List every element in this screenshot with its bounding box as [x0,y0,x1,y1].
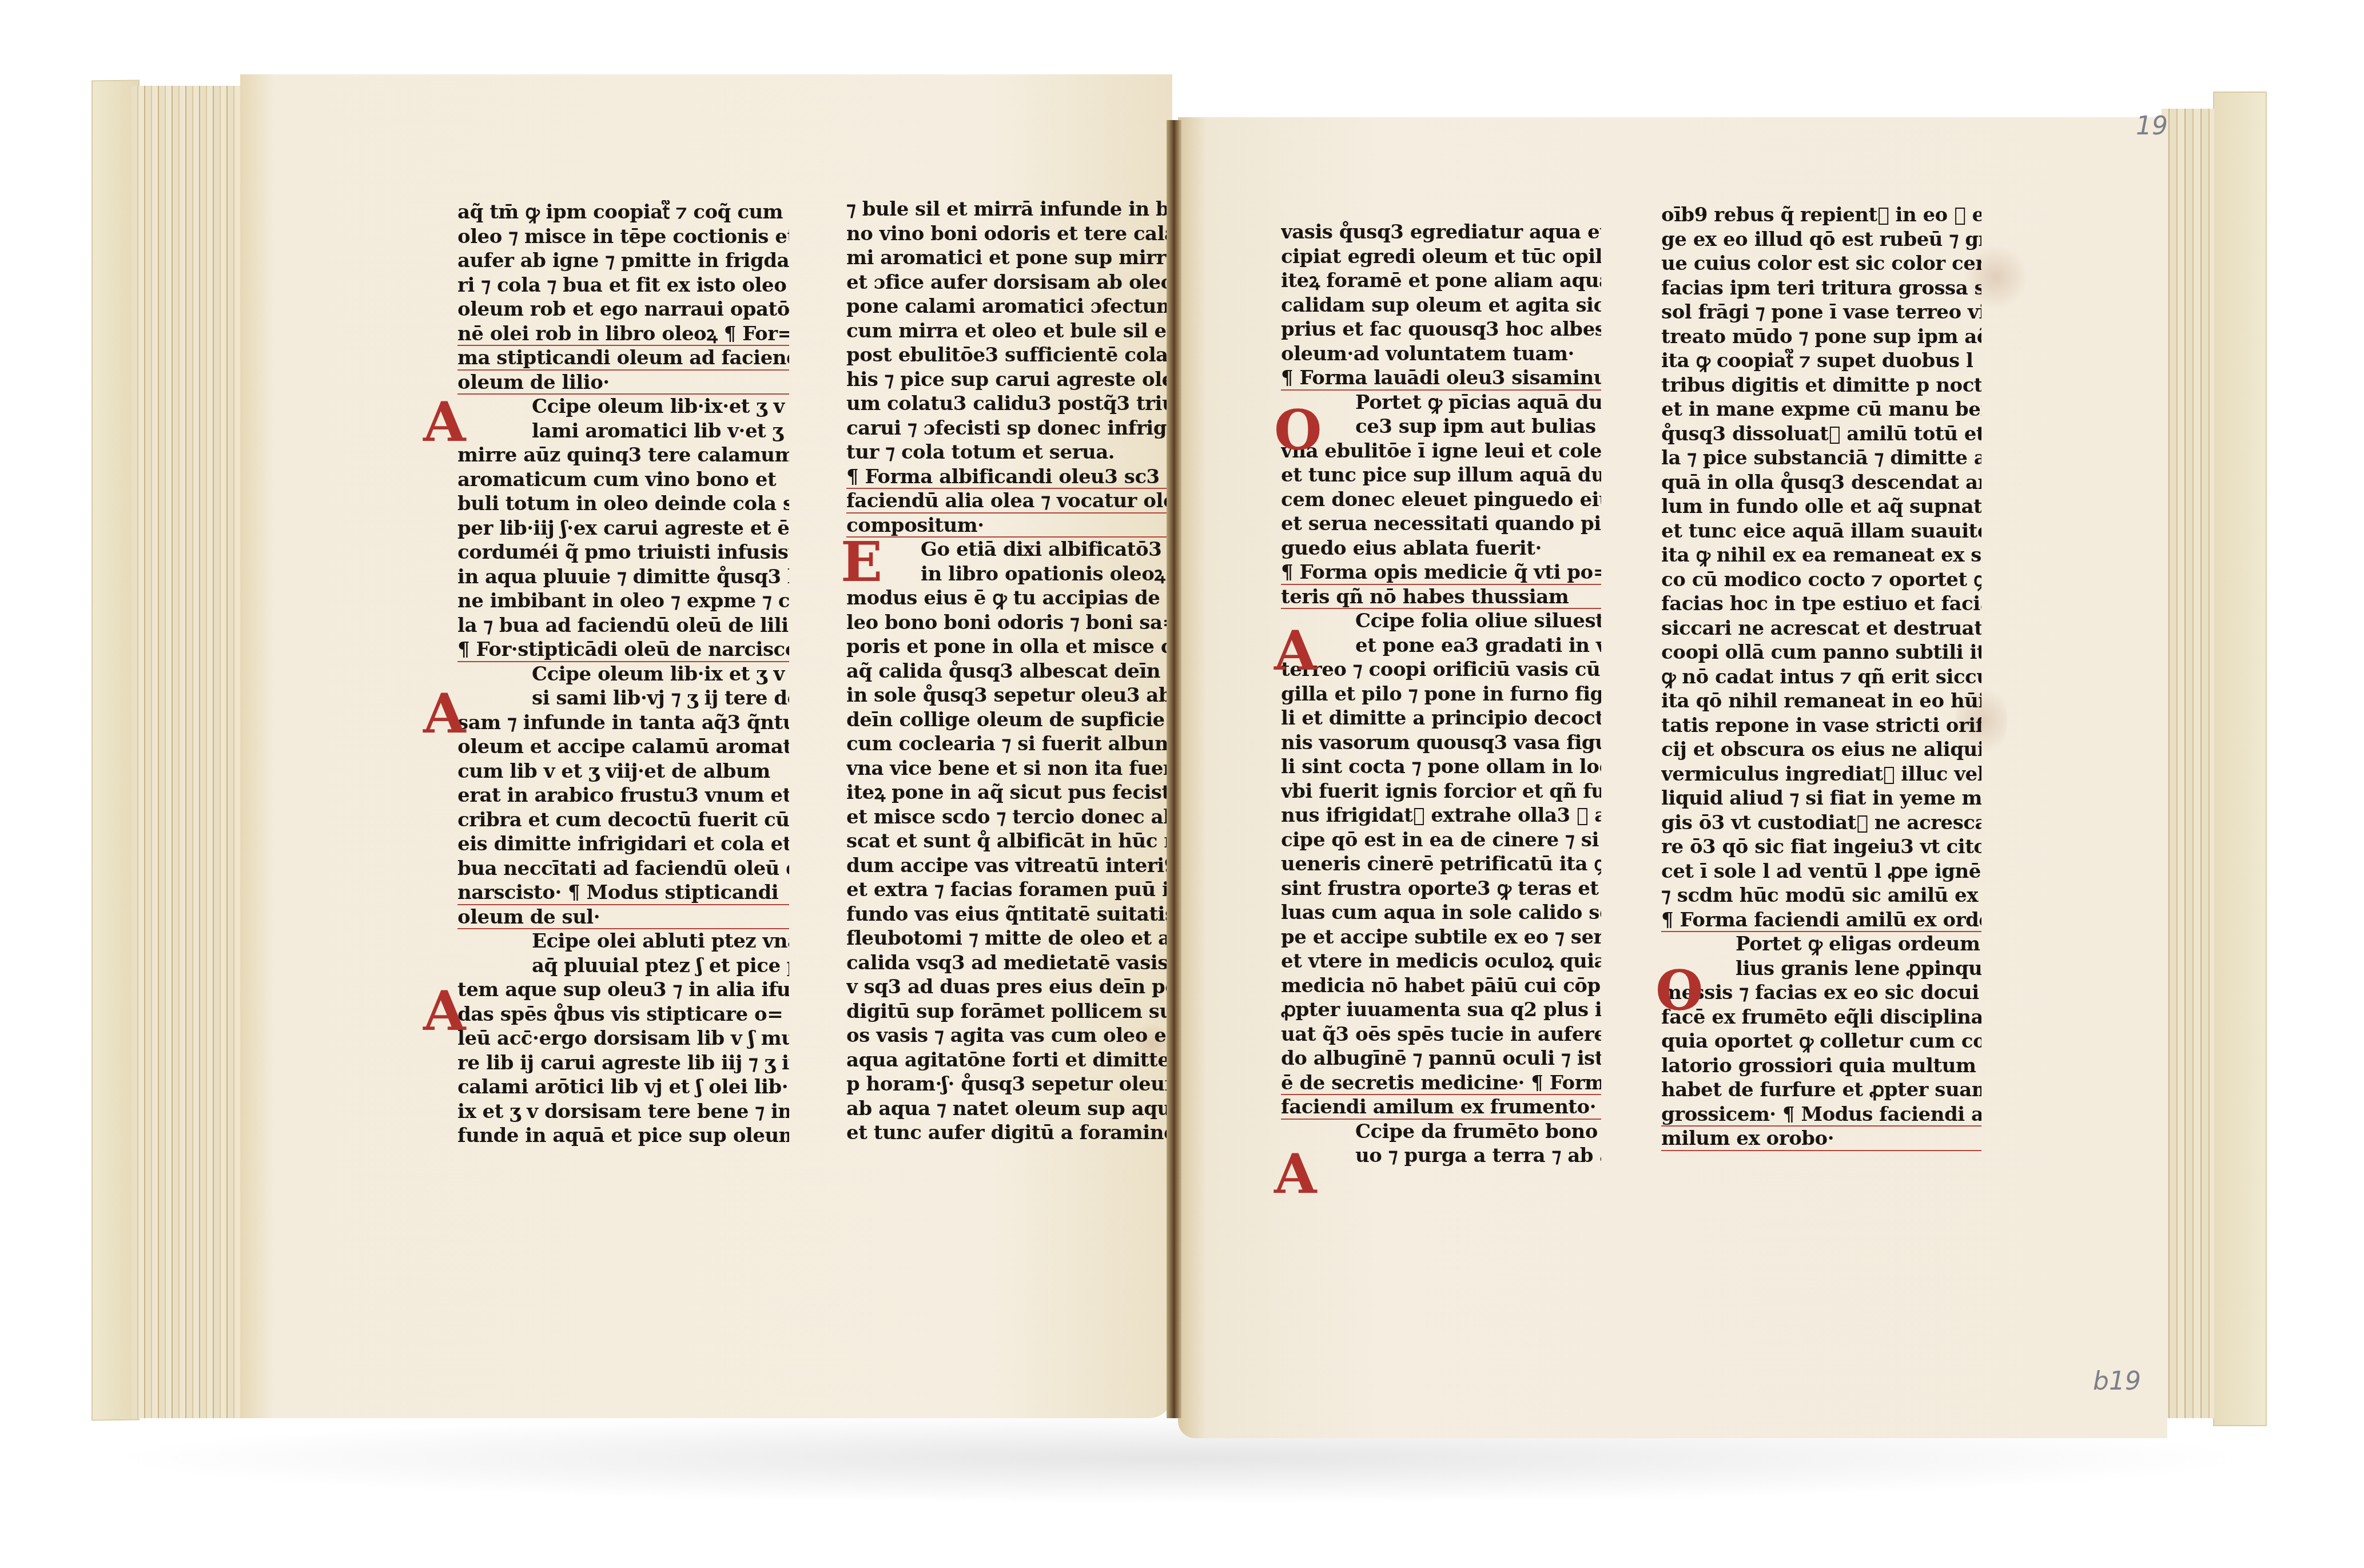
text-line: lum in fundo olle et aq̃ supnatat [1661,495,1981,519]
text-line: li sint cocta ⁊ pone ollam in loco [1281,755,1601,779]
text-line: co cū modico cocto ⁊ oportet ꝙ [1661,568,1981,592]
text-line: terreo ⁊ coopi orificiū vasis cū ar [1281,658,1601,682]
rubric-heading: grossicem· ¶ Modus faciendi a= [1661,1103,1981,1127]
rubricated-initial: A [423,686,465,741]
text-line: ne imbibant in oleo ⁊ expme ⁊ co [457,589,789,614]
text-line: ue cuius color est sic color cere ⁊ [1661,252,1981,276]
text-line: gilla et pilo ⁊ pone in furno figu [1281,682,1601,707]
text-line: oīb9 rebus q̃ repient᷑ in eo ⁊ eli= [1661,203,1981,228]
text-line: et in mane expme cū manu bene [1661,397,1981,422]
rubricated-initial: O [1274,403,1322,458]
text-line: cum lib v et ʒ viij·et de album [457,759,789,784]
text-line: deīn collige oleum de supficie aq̃ [846,708,1167,733]
text-line: lius granis lene ꝓpinquū sue [1661,957,1981,981]
text-line: cij et obscura os eius ne aliquis [1661,738,1981,762]
rubric-heading: oleum de sul· [457,905,789,930]
text-line: Ccipe oleum lib·ix et ʒ v dor [457,662,789,687]
text-line: Portet ꝙ eligas ordeum me [1661,932,1981,957]
rubric-heading: milum ex orobo· [1661,1127,1981,1151]
text-line: aqua agitatōne forti et dimitte [846,1048,1167,1073]
folio-number-bottom: b19 [2093,1367,2141,1396]
text-line: vermiculus ingrediat᷑ illuc vel a [1661,762,1981,787]
text-line: leū acc̄·ergo dorsisam lib v ʃ mu [457,1026,789,1051]
text-line: ab aqua ⁊ natet oleum sup aquā [846,1097,1167,1121]
right-page-edges [2162,109,2214,1418]
text-line: Ccipe da frumēto bono no [1281,1120,1601,1144]
text-line: os vasis ⁊ agita vas cum oleo et [846,1024,1167,1048]
text-line: li et dimitte a principio decoctio [1281,706,1601,731]
text-line: ita ꝙ coopiat᷑ ⁊ supet duobus l [1661,349,1981,373]
text-line: facē ex frumēto eq̃li disciplina nō [1661,1005,1981,1030]
text-line: coopi ollā cum panno subtili ita [1661,640,1981,665]
text-line: v sq3 ad duas pres eius deīn pōe [846,975,1167,1000]
text-line: et vtere in medicis oculoꝝ quia [1281,949,1601,974]
text-line: aq̃ calida q̊usq3 albescat deīn pōe [846,659,1167,684]
text-line: ix et ʒ v dorsisam tere bene ⁊ in= [457,1100,789,1124]
text-line: treato mūdo ⁊ pone sup ipm aq̃ [1661,325,1981,349]
text-line: poris et pone in olla et misce cū [846,635,1167,659]
text-line: mi aromatici et pone sup mirra3 [846,246,1167,270]
rubric-heading: ē de secretis medicine· ¶ Forma [1281,1071,1601,1096]
folio-number-top: 19 [2136,112,2168,141]
text-line: cipe qō est in ea de cinere ⁊ si in= [1281,828,1601,853]
text-line: tem aque sup oleu3 ⁊ in alia ifun= [457,978,789,1002]
text-line: funde in aquā et pice sup oleum. [457,1124,789,1148]
rubric-heading: compositum· [846,514,1167,538]
gutter [1167,120,1181,1418]
rubric-heading: ¶ Forma faciendi amilū ex ordeo [1661,908,1981,933]
text-line: lami aromatici lib v·et ʒ x [457,419,789,444]
text-line: tatis repone in vase stricti orifi= [1661,714,1981,738]
text-line: sol frāgi ⁊ pone ī vase terreo vi [1661,300,1981,325]
text-line: cet ī sole l ad ventū l ꝓpe ignē [1661,859,1981,884]
text-line: habet de furfure et ꝓpter suam [1661,1078,1981,1103]
text-line: tribus digitis et dimitte p noctē [1661,373,1981,398]
text-line: oleum et accipe calamū aromati [457,735,789,759]
text-line: bua neccītati ad faciendū oleū de [457,857,789,881]
text-line: facias ipm teri tritura grossa sc3 [1661,276,1981,301]
text-line: vasis q̊usq3 egrediatur aqua et i [1281,220,1601,245]
left-page-edges [132,86,246,1418]
text-line: fleubotomi ⁊ mitte de oleo et aq̃ [846,926,1167,951]
text-line: si sami lib·vj ⁊ ʒ ij tere dorsi [457,686,789,711]
text-column-3: vasis q̊usq3 egrediatur aqua et i cipiat… [1281,220,1601,1168]
text-line: oleum·ad voluntatem tuam· [1281,342,1601,367]
text-line: his ⁊ pice sup carui agreste ole [846,368,1167,392]
rubricated-initial: O [1655,964,1704,1018]
text-line: medicia nō habet pāiū cui cōpet [1281,974,1601,998]
text-line: latorio grossiori quia multum [1661,1054,1981,1079]
text-line: cribra et cum decoctū fuerit cū [457,808,789,833]
rubricated-initial: A [1274,1147,1316,1201]
text-line: tur ⁊ cola totum et serua. [846,440,1167,465]
text-line: ce3 sup ipm aut bulias pmo [1281,415,1601,439]
text-line: Portet ꝙ pīcias aquā dul= [1281,391,1601,415]
text-line: et pone ea3 gradati in vase [1281,634,1601,658]
rubricated-initial: E [841,535,882,590]
rubric-heading: narscisto· ¶ Modus stipticandi [457,881,789,905]
text-line: sint frustra oporte3 ꝙ teras et ab [1281,877,1601,901]
text-line: aromaticum cum vino bono et [457,468,789,492]
text-line: scat et sunt q̊ albificāt in hūc mo [846,829,1167,854]
text-line: cum coclearia ⁊ si fuerit album [846,732,1167,757]
text-line: et extra ⁊ facias foramen puū in [846,878,1167,902]
text-line: cipiat egredi oleum et tūc opilla [1281,245,1601,269]
back-cover-edge [2213,91,2267,1426]
rubric-heading: ¶ Forma albificandi oleu3 sc3 ad [846,465,1167,489]
text-line: dum accipe vas vitreatū interi9 [846,854,1167,878]
text-line: messis ⁊ facias ex eo sic docui te [1661,981,1981,1005]
text-line: ita qō nihil remaneat in eo hūidi [1661,689,1981,714]
text-line: vbi fuerit ignis forcior et qñ fur [1281,779,1601,804]
text-line: digitū sup forāmet pollicem sup [846,1000,1167,1024]
text-line: luas cum aqua in sole calido se= [1281,901,1601,925]
rubric-heading: nē olei rob in libro oleoꝝ ¶ For= [457,322,789,347]
text-line: la ⁊ pice substanciā ⁊ dimitte a= [1661,446,1981,471]
text-line: gis ō3 vt custodiat᷑ ne acrescat q̃ [1661,811,1981,835]
text-line: oleum rob et ego narraui opatō [457,297,789,322]
text-line: oleo ⁊ misce in tēpe coctionis et [457,225,789,249]
text-line: Ccipe oleum lib·ix·et ʒ v ca [457,395,789,419]
text-line: aq̄ pluuial ptez ʃ et pice p= [457,954,789,978]
text-column-1: aq̃ tm̄ ꝙ ipm coopiat᷑ ⁊ coq̃ cum oleo ⁊… [457,200,789,1148]
rubric-heading: teris qñ nō habes thussiam [1281,585,1601,610]
text-line: cum mirra et oleo et bule sil et [846,319,1167,344]
text-line: la ⁊ bua ad faciendū oleū de lilio· [457,614,789,638]
text-line: iteꝝ foramē et pone aliam aquā [1281,269,1601,293]
rubricated-initial: A [423,984,465,1038]
text-line: et tunc pice sup illum aquā dul= [1281,463,1601,488]
rubric-heading: ¶ Forma opis medicie q̃ vti po= [1281,560,1601,585]
text-line: ge ex eo illud qō est rubeū ⁊ gra [1661,228,1981,252]
text-line: nus ifrigidat᷑ extrahe olla3 ⁊ ac= [1281,803,1601,828]
text-line: per lib·iij ʃ·ex carui agreste et ē [457,516,789,541]
text-line: ita ꝙ nihil ex ea remaneat ex suc [1661,543,1981,568]
text-line: iteꝝ pone in aq̃ sicut pus fecisti [846,781,1167,805]
text-line: facias hoc in tpe estiuo et facias [1661,592,1981,616]
text-line: vna vice bene et si non ita fuerit [846,757,1167,781]
text-line: cem donec eleuet pinguedo eius [1281,488,1601,512]
text-line: leo bono boni odoris ⁊ boni sa= [846,611,1167,635]
text-line: quia oportet ꝙ colletur cum col [1661,1029,1981,1054]
text-line: in sole q̊usq3 sepetur oleu3 ab aq̃ [846,683,1167,708]
text-line: Ccipe folia oliue siluestris [1281,609,1601,634]
text-line: Ecipe olei abluti ptez vnam [457,929,789,954]
text-line: eis dimitte infrigidari et cola et [457,832,789,857]
text-line: fundo vas eius q̃ntitatē suitatis [846,902,1167,927]
rubricated-initial: A [423,395,465,449]
text-line: uat q̃3 oēs spēs tucie in auferen= [1281,1022,1601,1047]
text-column-2: ⁊ bule sil et mirrā infunde in bo no vin… [846,197,1167,1145]
text-line: sam ⁊ infunde in tanta aq̃3 q̃ntu3 [457,711,789,735]
text-line: in aqua pluuie ⁊ dimitte q̊usq3 be [457,565,789,590]
text-line: uo ⁊ purga a terra ⁊ ab alijs [1281,1144,1601,1168]
rubric-heading: oleum de lilio· [457,371,789,395]
text-line: buli totum in oleo deinde cola su [457,492,789,516]
text-line: das spēs q̊bus vis stipticare o= [457,1002,789,1027]
text-line: prius et fac quousq3 hoc albescat [1281,317,1601,342]
text-line: et ɔfice aufer dorsisam ab oleo ⁊ [846,270,1167,295]
text-line: calida vsq3 ad medietatē vasis l [846,951,1167,976]
text-line: no vino boni odoris et tere cala [846,222,1167,246]
text-line: post ebulitōe3 sufficientē cola ab [846,343,1167,368]
text-line: ueneris cinerē petrificatū ita ꝙ [1281,852,1601,877]
text-line: ⁊ bule sil et mirrā infunde in bo [846,197,1167,222]
text-line: um colatu3 calidu3 postq̃3 triuisti [846,392,1167,416]
text-line: in libro opationis oleoꝝ et [846,562,1167,587]
text-line: ⁊ scdm hūc modū sic amilū ex risi· [1661,884,1981,908]
text-line: do albugīnē ⁊ pannū oculi ⁊ istō [1281,1046,1601,1071]
text-line: calami arōtici lib vj et ʃ olei lib· [457,1075,789,1100]
text-line: ꝙ nō cadat intus ⁊ qñ erit siccu3 [1661,665,1981,690]
text-line: siccari ne acrescat et destruat᷑ et [1661,616,1981,641]
text-line: modus eius ē ꝙ tu accipias de o [846,586,1167,611]
text-line: ꝓpter iuuamenta sua q2 plus iu [1281,998,1601,1022]
rubricated-initial: A [1274,623,1316,678]
text-line: vna ebulitōe ī igne leui et coles [1281,439,1601,464]
text-line: aq̃ tm̄ ꝙ ipm coopiat᷑ ⁊ coq̃ cum [457,200,789,225]
text-line: erat in arabico frustu3 vnum et [457,783,789,808]
text-line: mirre aūz quinq3 tere calamum [457,443,789,468]
text-line: et misce scdo ⁊ tercio donec albe [846,805,1167,830]
rubric-heading: faciendū alia olea ⁊ vocatur oleū [846,489,1167,514]
text-line: re lib ij carui agreste lib iij ⁊ ʒ ix· [457,1051,789,1076]
text-line: et tunc eice aquā illam suauiter [1661,519,1981,544]
text-line: guedo eius ablata fuerit· [1281,536,1601,561]
text-line: calidam sup oleum et agita sicut [1281,293,1601,318]
text-line: ri ⁊ cola ⁊ bua et fit ex isto oleo [457,273,789,298]
rubric-heading: faciendi amilum ex frumento· [1281,1095,1601,1120]
text-line: carui ⁊ ɔfecisti sp donec infrigide [846,416,1167,441]
text-line: aufer ab igne ⁊ pmitte in frigda [457,249,789,273]
rubric-heading: ma stipticandi oleum ad faciendū [457,346,789,371]
text-line: Go etiā dixi albificatō3 eius [846,538,1167,562]
rubric-heading: ¶ For·stipticādi oleū de narcisco [457,638,789,662]
text-line: pe et accipe subtile ex eo ⁊ serua [1281,925,1601,950]
rubric-heading: ¶ Forma lauādi oleu3 sisaminum [1281,366,1601,391]
text-line: et serua necessitati quando pin= [1281,512,1601,536]
text-line: nis vasorum quousq3 vasa figu= [1281,731,1601,755]
text-line: quā in olla q̊usq3 descendat ami= [1661,471,1981,495]
text-line: et tunc aufer digitū a foramine [846,1121,1167,1145]
text-line: re ō3 qō sic fiat ingeiu3 vt cito sic [1661,835,1981,859]
text-line: liquid aliud ⁊ si fiat in yeme ma= [1661,786,1981,811]
text-line: q̊usq3 dissoluat᷑ amilū totū et co [1661,422,1981,447]
text-column-4: oīb9 rebus q̃ repient᷑ in eo ⁊ eli= ge e… [1661,203,1981,1151]
text-line: p horam·ʃ· q̊usq3 sepetur oleum [846,1072,1167,1097]
text-line: pone calami aromatici ɔfectum [846,295,1167,319]
text-line: corduméi q̃ pmo triuisti infusisti [457,540,789,565]
